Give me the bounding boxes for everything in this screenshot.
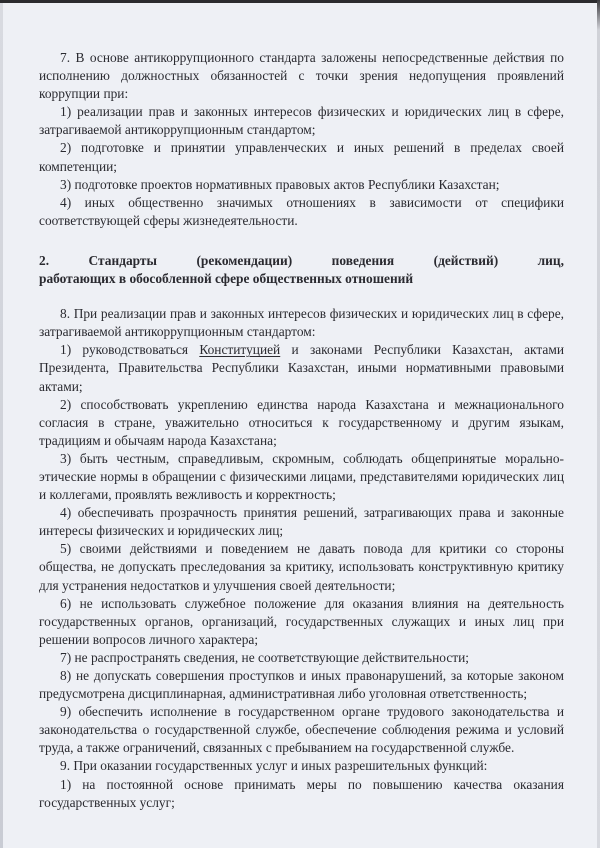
- heading-word: (действий): [434, 252, 499, 270]
- heading-word: поведения: [332, 252, 394, 270]
- heading-word: 2.: [39, 252, 49, 270]
- paragraph-8-item-4: 4) обеспечивать прозрачность принятия ре…: [39, 504, 564, 540]
- document-page: 7. В основе антикоррупционного стандарта…: [39, 49, 564, 812]
- section-2-heading-line-2: работающих в обособленной сфере обществе…: [39, 270, 564, 288]
- item-text: 1) руководствоваться: [60, 342, 199, 357]
- paragraph-8-item-6: 6) не использовать служебное положение д…: [39, 595, 564, 649]
- paragraph-8-intro: 8. При реализации прав и законных интере…: [39, 305, 564, 341]
- scan-top-edge: [0, 0, 600, 3]
- scan-left-edge: [0, 3, 3, 848]
- section-2-heading-line-1: 2. Стандарты (рекомендации) поведения (д…: [39, 252, 564, 270]
- paragraph-8-item-1: 1) руководствоваться Конституцией и зако…: [39, 341, 564, 395]
- paragraph-7-intro: 7. В основе антикоррупционного стандарта…: [39, 49, 564, 103]
- paragraph-8-item-2: 2) способствовать укреплению единства на…: [39, 396, 564, 450]
- heading-word: лиц,: [538, 252, 564, 270]
- paragraph-8-item-7: 7) не распространять сведения, не соотве…: [39, 649, 564, 667]
- paragraph-8-item-3: 3) быть честным, справедливым, скромным,…: [39, 450, 564, 504]
- paragraph-7-item-2: 2) подготовке и принятии управленческих …: [39, 139, 564, 175]
- paragraph-7-item-1: 1) реализации прав и законных интересов …: [39, 103, 564, 139]
- constitution-link[interactable]: Конституцией: [199, 342, 280, 357]
- heading-word: Стандарты: [89, 252, 157, 270]
- paragraph-8-item-5: 5) своими действиями и поведением не дав…: [39, 540, 564, 594]
- paragraph-7-item-4: 4) иных общественно значимых отношениях …: [39, 194, 564, 230]
- paragraph-9-intro: 9. При оказании государственных услуг и …: [39, 757, 564, 775]
- spacer: [39, 288, 564, 305]
- paragraph-9-item-1: 1) на постоянной основе принимать меры п…: [39, 776, 564, 812]
- paragraph-7-item-3: 3) подготовке проектов нормативных право…: [39, 176, 564, 194]
- section-2-heading: 2. Стандарты (рекомендации) поведения (д…: [39, 252, 564, 288]
- paragraph-8-item-9: 9) обеспечить исполнение в государственн…: [39, 703, 564, 757]
- heading-word: (рекомендации): [196, 252, 292, 270]
- paragraph-8-item-8: 8) не допускать совершения проступков и …: [39, 667, 564, 703]
